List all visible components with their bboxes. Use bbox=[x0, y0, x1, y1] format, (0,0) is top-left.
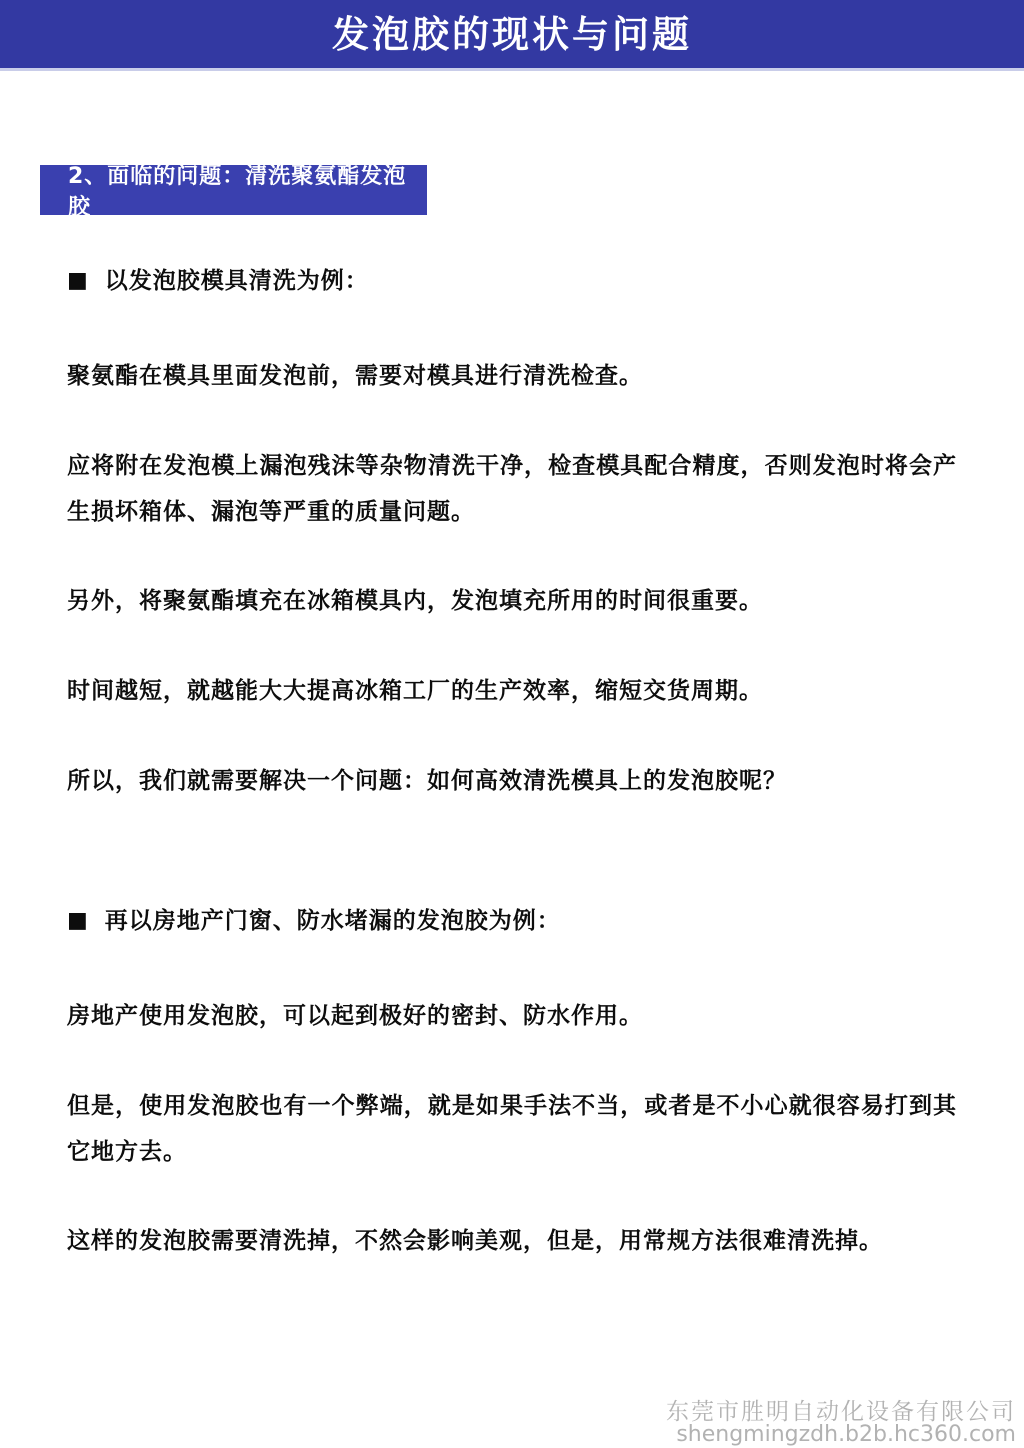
example1-bullet: ■ 以发泡胶模具清洗为例： bbox=[67, 258, 957, 304]
example2-heading: 再以房地产门窗、防水堵漏的发泡胶为例： bbox=[105, 898, 561, 944]
footer-url: shengmingzdh.b2b.hc360.com bbox=[666, 1424, 1016, 1446]
paragraph: 另外，将聚氨酯填充在冰箱模具内，发泡填充所用的时间很重要。 bbox=[67, 578, 957, 624]
section-heading: 2、面临的问题：清洗聚氨酯发泡胶 bbox=[40, 165, 427, 215]
paragraph: 时间越短，就越能大大提高冰箱工厂的生产效率，缩短交货周期。 bbox=[67, 668, 957, 714]
footer-company-name: 东莞市胜明自动化设备有限公司 bbox=[666, 1401, 1016, 1424]
paragraph: 聚氨酯在模具里面发泡前，需要对模具进行清洗检查。 bbox=[67, 353, 957, 399]
paragraph: 所以，我们就需要解决一个问题：如何高效清洗模具上的发泡胶呢？ bbox=[67, 758, 957, 804]
page-title: 发泡胶的现状与问题 bbox=[332, 16, 692, 53]
paragraph: 房地产使用发泡胶，可以起到极好的密封、防水作用。 bbox=[67, 993, 957, 1039]
section-heading-label: 2、面临的问题：清洗聚氨酯发泡胶 bbox=[68, 159, 427, 221]
example1-heading: 以发泡胶模具清洗为例： bbox=[105, 258, 369, 304]
watermark-footer: 东莞市胜明自动化设备有限公司 shengmingzdh.b2b.hc360.co… bbox=[666, 1401, 1016, 1446]
example2-bullet: ■ 再以房地产门窗、防水堵漏的发泡胶为例： bbox=[67, 898, 957, 944]
square-bullet-icon: ■ bbox=[67, 910, 89, 932]
paragraph: 但是，使用发泡胶也有一个弊端，就是如果手法不当，或者是不小心就很容易打到其它地方… bbox=[67, 1083, 957, 1175]
paragraph: 应将附在发泡模上漏泡残沫等杂物清洗干净，检查模具配合精度，否则发泡时将会产生损坏… bbox=[67, 443, 957, 535]
square-bullet-icon: ■ bbox=[67, 270, 89, 292]
title-banner: 发泡胶的现状与问题 bbox=[0, 0, 1024, 71]
paragraph: 这样的发泡胶需要清洗掉，不然会影响美观，但是，用常规方法很难清洗掉。 bbox=[67, 1218, 957, 1264]
page: 发泡胶的现状与问题 2、面临的问题：清洗聚氨酯发泡胶 ■ 以发泡胶模具清洗为例：… bbox=[0, 0, 1024, 1448]
